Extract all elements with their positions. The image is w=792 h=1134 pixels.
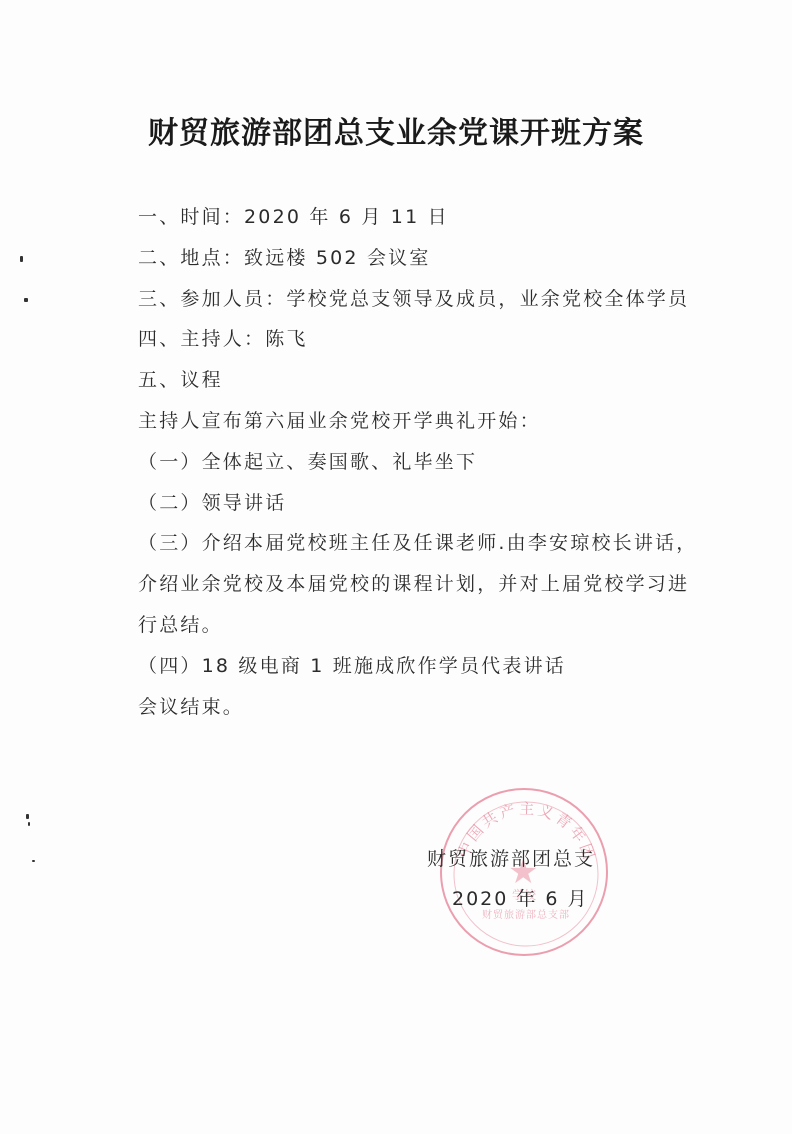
scan-speck	[20, 256, 23, 262]
item-location: 二、地点：致远楼 502 会议室	[138, 246, 708, 270]
scan-speck	[24, 298, 28, 302]
agenda-step-3-end: 行总结。	[138, 613, 708, 637]
agenda-intro: 主持人宣布第六届业余党校开学典礼开始：	[138, 409, 708, 433]
item-host: 四、主持人：陈飞	[138, 327, 708, 351]
item-participants: 三、参加人员：学校党总支领导及成员，业余党校全体学员	[138, 287, 708, 311]
item-agenda-heading: 五、议程	[138, 368, 708, 392]
document-body: 一、时间：2020 年 6 月 11 日 二、地点：致远楼 502 会议室 三、…	[138, 205, 708, 735]
agenda-step-2: （二）领导讲话	[138, 491, 708, 515]
scan-speck	[28, 822, 30, 826]
agenda-step-4: （四）18 级电商 1 班施成欣作学员代表讲话	[138, 654, 708, 678]
document-title: 财贸旅游部团总支业余党课开班方案	[0, 108, 792, 152]
signature-organization: 财贸旅游部团总支	[427, 844, 595, 871]
agenda-step-3: （三）介绍本届党校班主任及任课老师.由李安琼校长讲话，	[138, 531, 708, 555]
scan-speck	[32, 860, 35, 862]
item-time: 一、时间：2020 年 6 月 11 日	[138, 205, 708, 229]
agenda-step-3-cont: 介绍业余党校及本届党校的课程计划，并对上届党校学习进	[138, 572, 708, 596]
signature-date: 2020 年 6 月	[452, 884, 589, 911]
official-seal-stamp: 中国共产主义青年团 ★ 学校 财贸旅游部总支部	[440, 788, 608, 956]
agenda-step-1: （一）全体起立、奏国歌、礼毕坐下	[138, 450, 708, 474]
scan-speck	[26, 814, 29, 819]
document-page: 财贸旅游部团总支业余党课开班方案 一、时间：2020 年 6 月 11 日 二、…	[0, 0, 792, 1134]
meeting-end: 会议结束。	[138, 695, 708, 719]
